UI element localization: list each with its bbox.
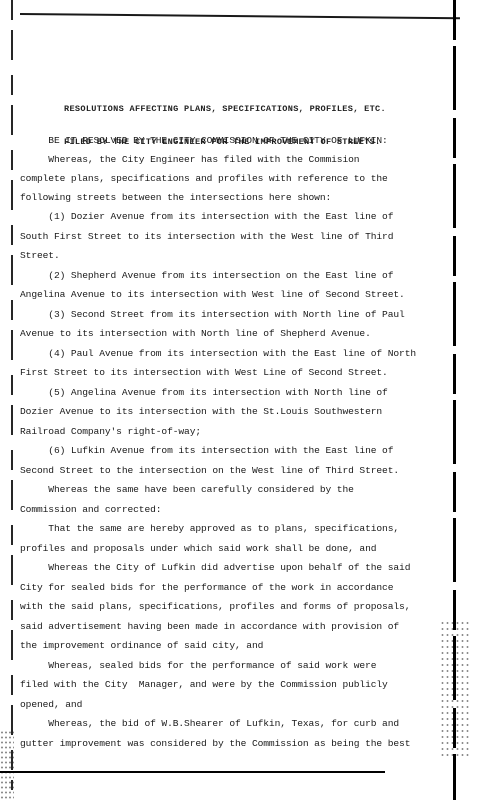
text-line: (2) Shepherd Avenue from its intersectio… (20, 270, 393, 281)
text-line: (5) Angelina Avenue from its intersectio… (20, 387, 388, 398)
text-line: Whereas, sealed bids for the performance… (20, 660, 376, 671)
text-line: filed with the City Manager, and were by… (20, 679, 388, 690)
text-line: Whereas, the City Engineer has filed wit… (20, 154, 359, 165)
text-line: City for sealed bids for the performance… (20, 582, 393, 593)
scan-border-top (20, 13, 460, 19)
text-line: BE IT RESOLVED BY THE CITY COMMISSION OF… (20, 135, 388, 146)
text-line: Street. (20, 250, 60, 261)
title-line-1: RESOLUTIONS AFFECTING PLANS, SPECIFICATI… (64, 104, 424, 115)
text-line: (3) Second Street from its intersection … (20, 309, 405, 320)
text-line: Whereas, the bid of W.B.Shearer of Lufki… (20, 718, 399, 729)
text-line: Dozier Avenue to its intersection with t… (20, 406, 382, 417)
text-line: (4) Paul Avenue from its intersection wi… (20, 348, 416, 359)
text-line: Whereas the same have been carefully con… (20, 484, 354, 495)
text-line: following streets between the intersecti… (20, 192, 331, 203)
text-line: (6) Lufkin Avenue from its intersection … (20, 445, 393, 456)
text-line: complete plans, specifications and profi… (20, 173, 388, 184)
text-line: Railroad Company's right-of-way; (20, 426, 201, 437)
text-line: That the same are hereby approved as to … (20, 523, 399, 534)
scan-border-left (11, 0, 13, 790)
text-line: (1) Dozier Avenue from its intersection … (20, 211, 393, 222)
text-line: South First Street to its intersection w… (20, 231, 393, 242)
scanned-document-page: RESOLUTIONS AFFECTING PLANS, SPECIFICATI… (0, 0, 486, 800)
text-line: gutter improvement was considered by the… (20, 738, 410, 749)
scan-noise (440, 620, 470, 760)
text-line: profiles and proposals under which said … (20, 543, 376, 554)
text-line: said advertisement having been made in a… (20, 621, 399, 632)
scan-noise (0, 730, 14, 800)
text-line: Whereas the City of Lufkin did advertise… (20, 562, 410, 573)
text-line: Angelina Avenue to its intersection with… (20, 289, 405, 300)
text-line: Commission and corrected: (20, 504, 161, 515)
text-line: Avenue to its intersection with North li… (20, 328, 371, 339)
scan-border-bottom (0, 771, 385, 773)
text-line: the improvement ordinance of said city, … (20, 640, 263, 651)
text-line: First Street to its intersection with We… (20, 367, 388, 378)
text-line: opened, and (20, 699, 82, 710)
text-line: Second Street to the intersection on the… (20, 465, 399, 476)
text-line: with the said plans, specifications, pro… (20, 601, 410, 612)
